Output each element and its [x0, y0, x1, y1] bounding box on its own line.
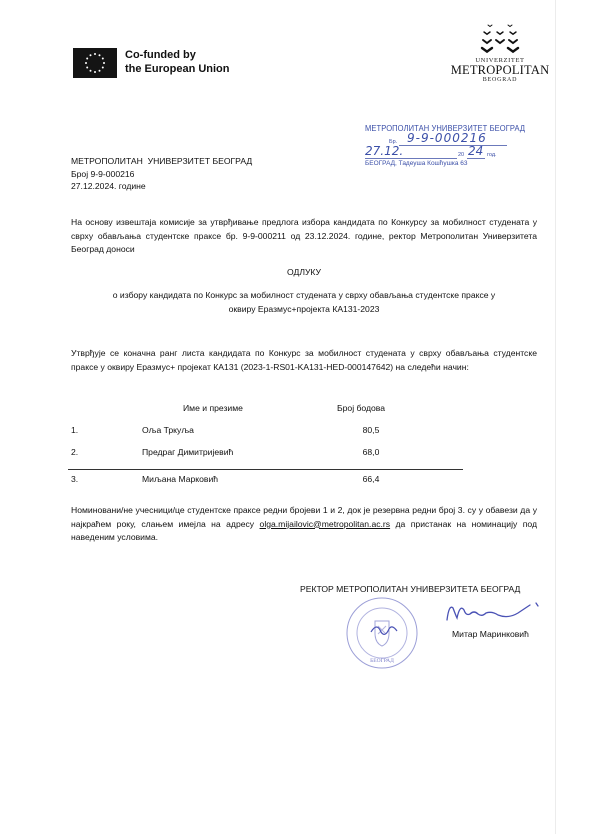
row-score: 66,4: [356, 474, 386, 484]
document-date: 27.12.2024. године: [71, 180, 252, 193]
rector-title: РЕКТОР МЕТРОПОЛИТАН УНИВЕРЗИТЕТА БЕОГРАД: [300, 584, 520, 594]
stamp-date-handwritten: 27.12.: [365, 144, 403, 158]
row-name: Миљана Марковић: [142, 474, 218, 484]
row-number: 1.: [71, 425, 78, 435]
logo-metropolitan: METROPOLITAN: [450, 64, 550, 77]
eu-cofunded-label: Co-funded by the European Union: [125, 48, 230, 76]
university-logo: UNIVERZITET METROPOLITAN BEOGRAD: [450, 22, 550, 83]
table-row: 1. Оља Тркуља 80,5: [71, 425, 541, 447]
metropolitan-chevrons-icon: [470, 22, 530, 56]
seal-bottom-text: БЕОГРАД: [370, 658, 394, 664]
decision-subtitle-line2: оквиру Еразмус+пројекта КА131-2023: [71, 303, 537, 317]
eu-flag-icon: [73, 48, 117, 78]
stamp-year-prefix: 20: [458, 152, 464, 158]
eu-text-line1: Co-funded by: [125, 48, 230, 62]
decision-subtitle-line1: о избору кандидата по Конкурс за мобилно…: [71, 289, 537, 303]
contact-email-link[interactable]: olga.mijailovic@metropolitan.ac.rs: [260, 519, 391, 529]
sender-institution: МЕТРОПОЛИТАН УНИВЕРЗИТЕТ БЕОГРАД: [71, 155, 252, 168]
stamp-address: БЕОГРАД, Тадеуша Кошћушка 63: [365, 160, 535, 167]
stamp-number-handwritten: 9-9-000216: [407, 131, 487, 145]
stamp-year-suffix: год.: [487, 152, 497, 158]
table-row: 3. Миљана Марковић 66,4: [68, 469, 463, 492]
row-score: 80,5: [356, 425, 386, 435]
row-score: 68,0: [356, 447, 386, 457]
stamp-underline: [467, 158, 485, 159]
decision-subtitle: о избору кандидата по Конкурс за мобилно…: [71, 289, 537, 316]
ranking-paragraph: Утврђује се коначна ранг листа кандидата…: [71, 347, 537, 374]
header-score: Број бодова: [337, 403, 385, 413]
official-round-seal-icon: БЕОГРАД: [345, 596, 419, 670]
stamp-date-row: 27.12. 20 24 год.: [365, 146, 535, 159]
sender-block: МЕТРОПОЛИТАН УНИВЕРЗИТЕТ БЕОГРАД Број 9-…: [71, 155, 252, 193]
document-number: Број 9-9-000216: [71, 168, 252, 181]
row-name: Предраг Димитријевић: [142, 447, 233, 457]
decision-title: ОДЛУКУ: [71, 266, 537, 280]
stamp-underline: [365, 158, 457, 159]
signer-name: Митар Маринковић: [452, 629, 529, 639]
registry-stamp: МЕТРОПОЛИТАН УНИВЕРЗИТЕТ БЕОГРАД Бр. 9-9…: [365, 123, 535, 167]
header-name: Име и презиме: [183, 403, 243, 413]
table-header-row: Име и презиме Број бодова: [71, 403, 541, 425]
eu-text-line2: the European Union: [125, 62, 230, 76]
table-row: 2. Предраг Димитријевић 68,0: [71, 447, 541, 469]
page-edge: [555, 0, 556, 834]
logo-beograd: BEOGRAD: [450, 77, 550, 83]
ranking-table: Име и презиме Број бодова 1. Оља Тркуља …: [71, 403, 541, 492]
row-number: 3.: [71, 474, 78, 484]
closing-paragraph: Номиновани/не учесници/це студентске пра…: [71, 504, 537, 545]
stamp-year-handwritten: 24: [468, 144, 483, 158]
row-name: Оља Тркуља: [142, 425, 194, 435]
row-number: 2.: [71, 447, 78, 457]
intro-paragraph: На основу извештаја комисије за утврђива…: [71, 216, 537, 257]
